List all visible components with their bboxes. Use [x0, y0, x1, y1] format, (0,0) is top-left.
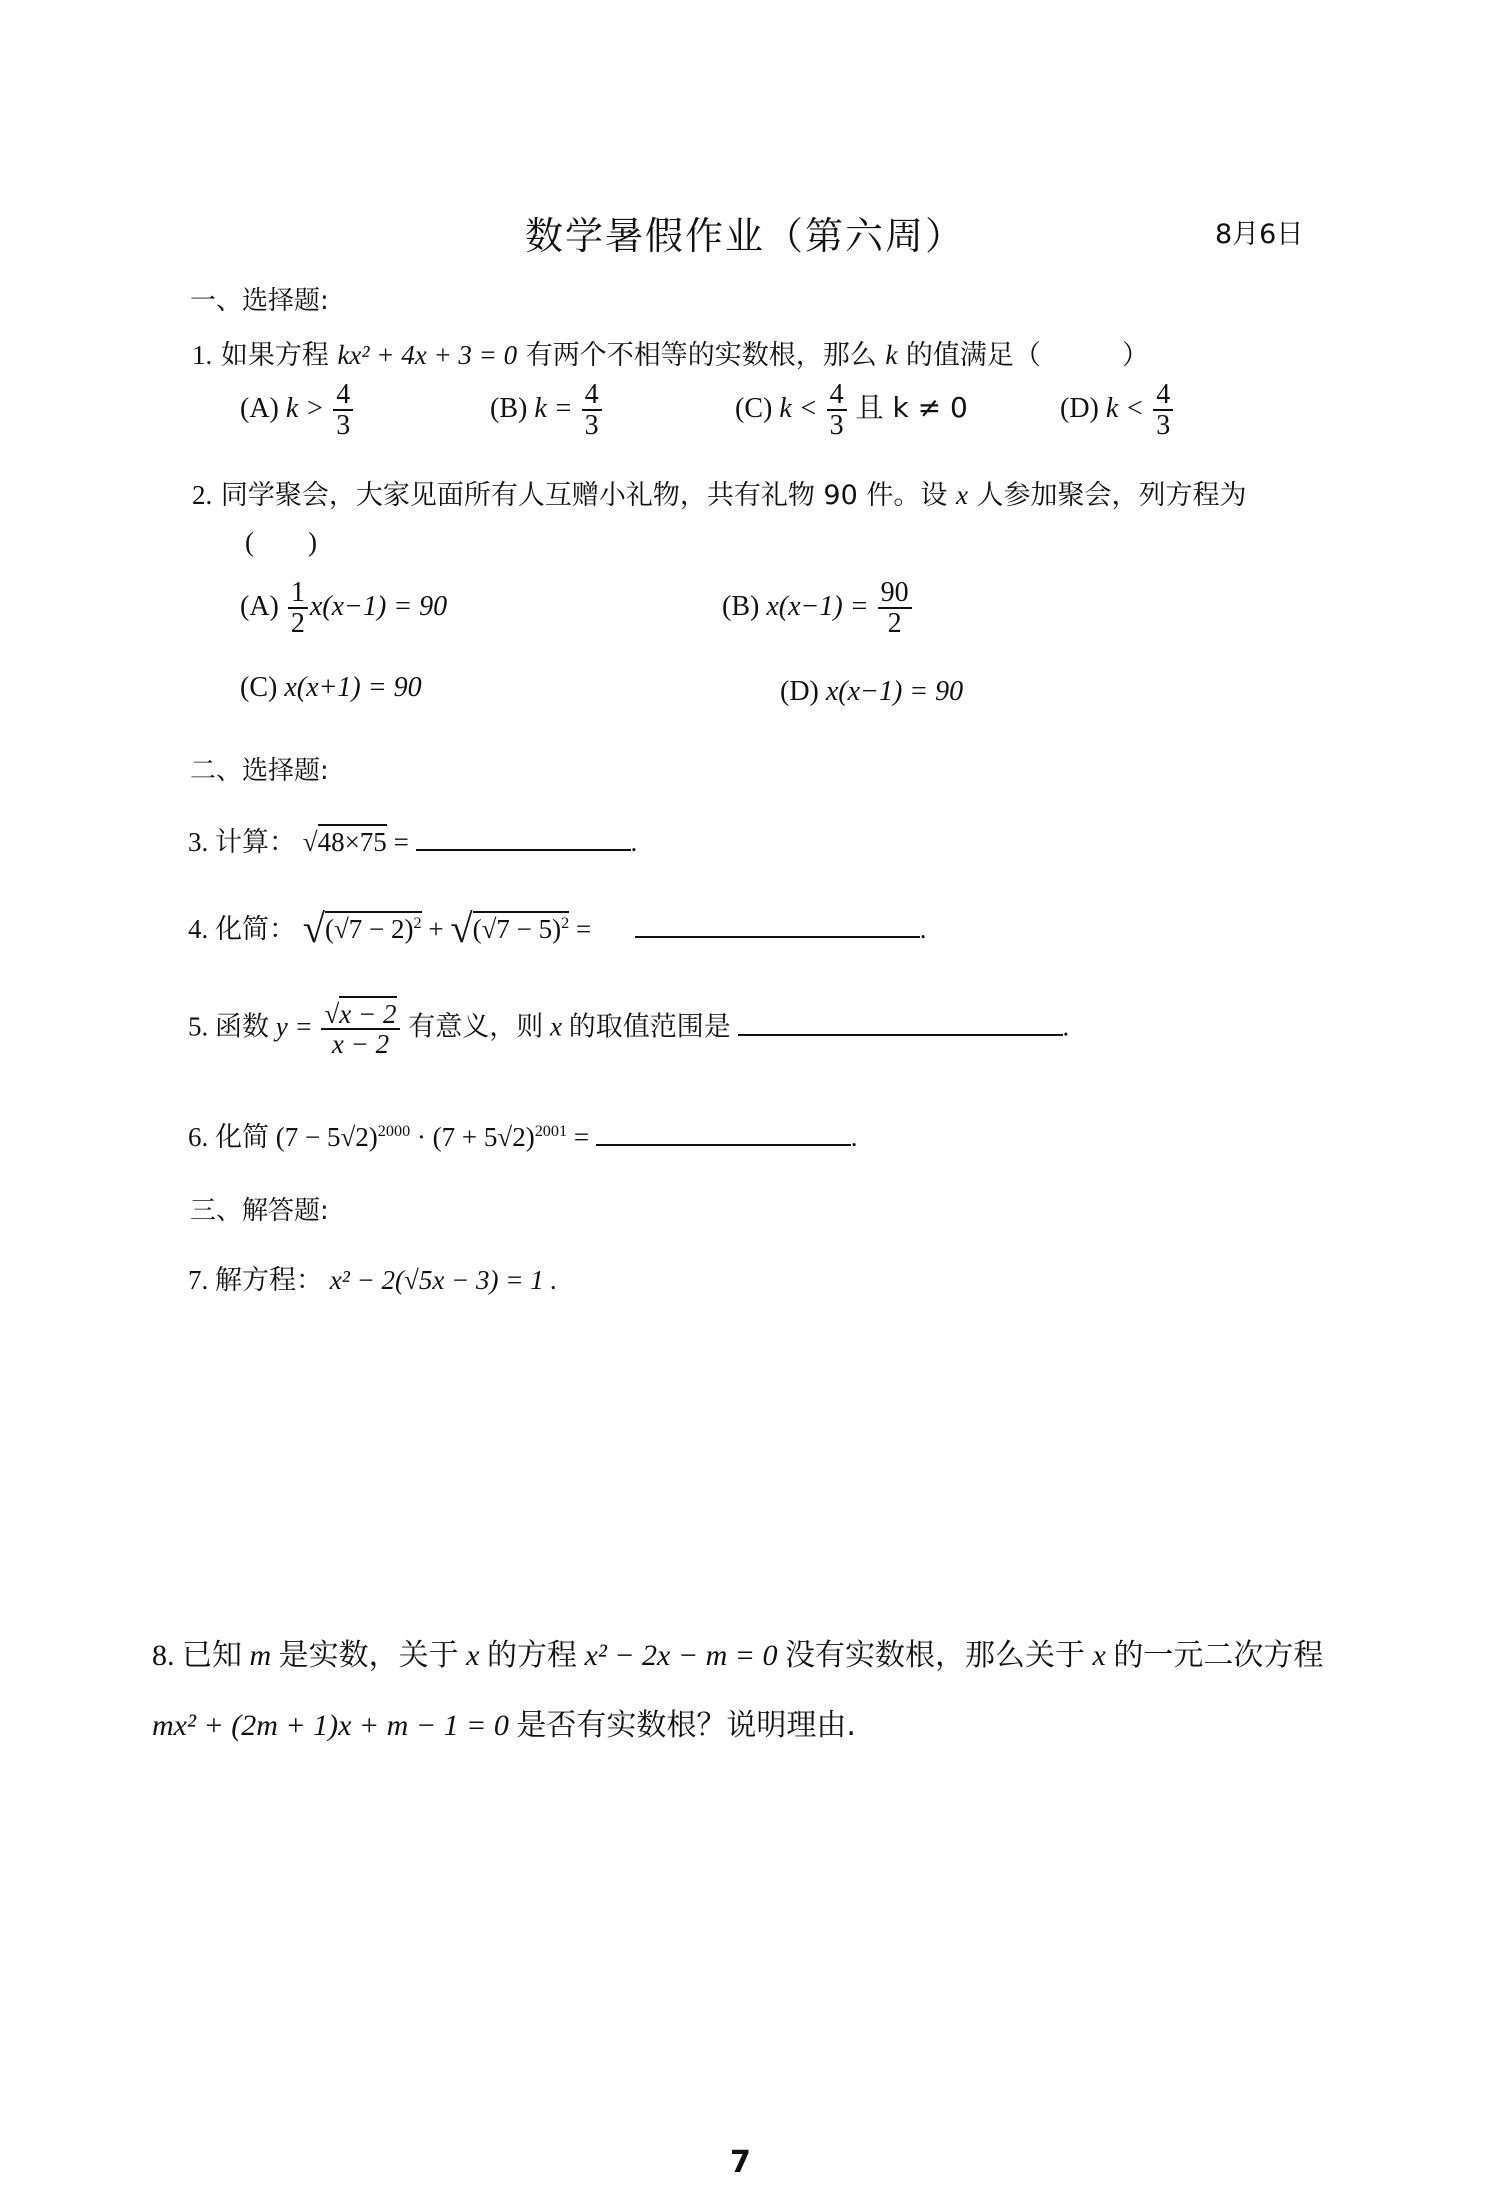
- answer-paren: ( ): [245, 520, 317, 559]
- answer-blank[interactable]: [738, 1034, 1063, 1036]
- question-8-line-2: mx² + (2m + 1)x + m − 1 = 0 是否有实数根？说明理由.: [152, 1700, 856, 1744]
- page-title: 数学暑假作业（第六周）: [525, 205, 965, 260]
- option-1b: (B) k = 43: [490, 380, 604, 441]
- page-date: 8月6日: [1215, 212, 1303, 251]
- option-2b: (B) x(x−1) = 902: [722, 578, 914, 639]
- question-6: 6. 化简 (7 − 5√2)2000 · (7 + 5√2)2001 = .: [188, 1115, 858, 1154]
- page-number: 7: [730, 2145, 751, 2180]
- option-1a: (A) k > 43: [240, 380, 355, 441]
- answer-blank[interactable]: [635, 936, 920, 938]
- question-4: 4. 化简： √(√7 − 2)2 + √(√7 − 5)2 = .: [188, 905, 926, 952]
- option-1d: (D) k < 43: [1060, 380, 1175, 441]
- question-3: 3. 计算： √48×75 = .: [188, 820, 637, 859]
- answer-blank[interactable]: [596, 1144, 851, 1146]
- answer-blank[interactable]: [416, 849, 631, 851]
- option-1c: (C) k < 43 且 k ≠ 0: [735, 380, 968, 441]
- option-2d: (D) x(x−1) = 90: [780, 676, 963, 708]
- question-number: 1.: [192, 340, 212, 370]
- equation: kx² + 4x + 3 = 0: [337, 340, 517, 370]
- question-7: 7. 解方程： x² − 2(√5x − 3) = 1 .: [188, 1258, 557, 1297]
- section-heading-3: 三、解答题:: [190, 1190, 329, 1227]
- question-8-line-1: 8. 已知 m 是实数，关于 x 的方程 x² − 2x − m = 0 没有实…: [152, 1630, 1323, 1674]
- question-1: 1. 如果方程 kx² + 4x + 3 = 0 有两个不相等的实数根，那么 k…: [192, 333, 1149, 372]
- option-2a: (A) 12x(x−1) = 90: [240, 578, 447, 639]
- section-heading-2: 二、选择题:: [190, 750, 329, 787]
- option-2c: (C) x(x+1) = 90: [240, 672, 422, 704]
- question-2: 2. 同学聚会，大家见面所有人互赠小礼物，共有礼物 90 件。设 x 人参加聚会…: [192, 473, 1247, 512]
- question-5: 5. 函数 y = √x − 2x − 2 有意义，则 x 的取值范围是 .: [188, 1000, 1069, 1059]
- section-heading-1: 一、选择题:: [190, 280, 329, 317]
